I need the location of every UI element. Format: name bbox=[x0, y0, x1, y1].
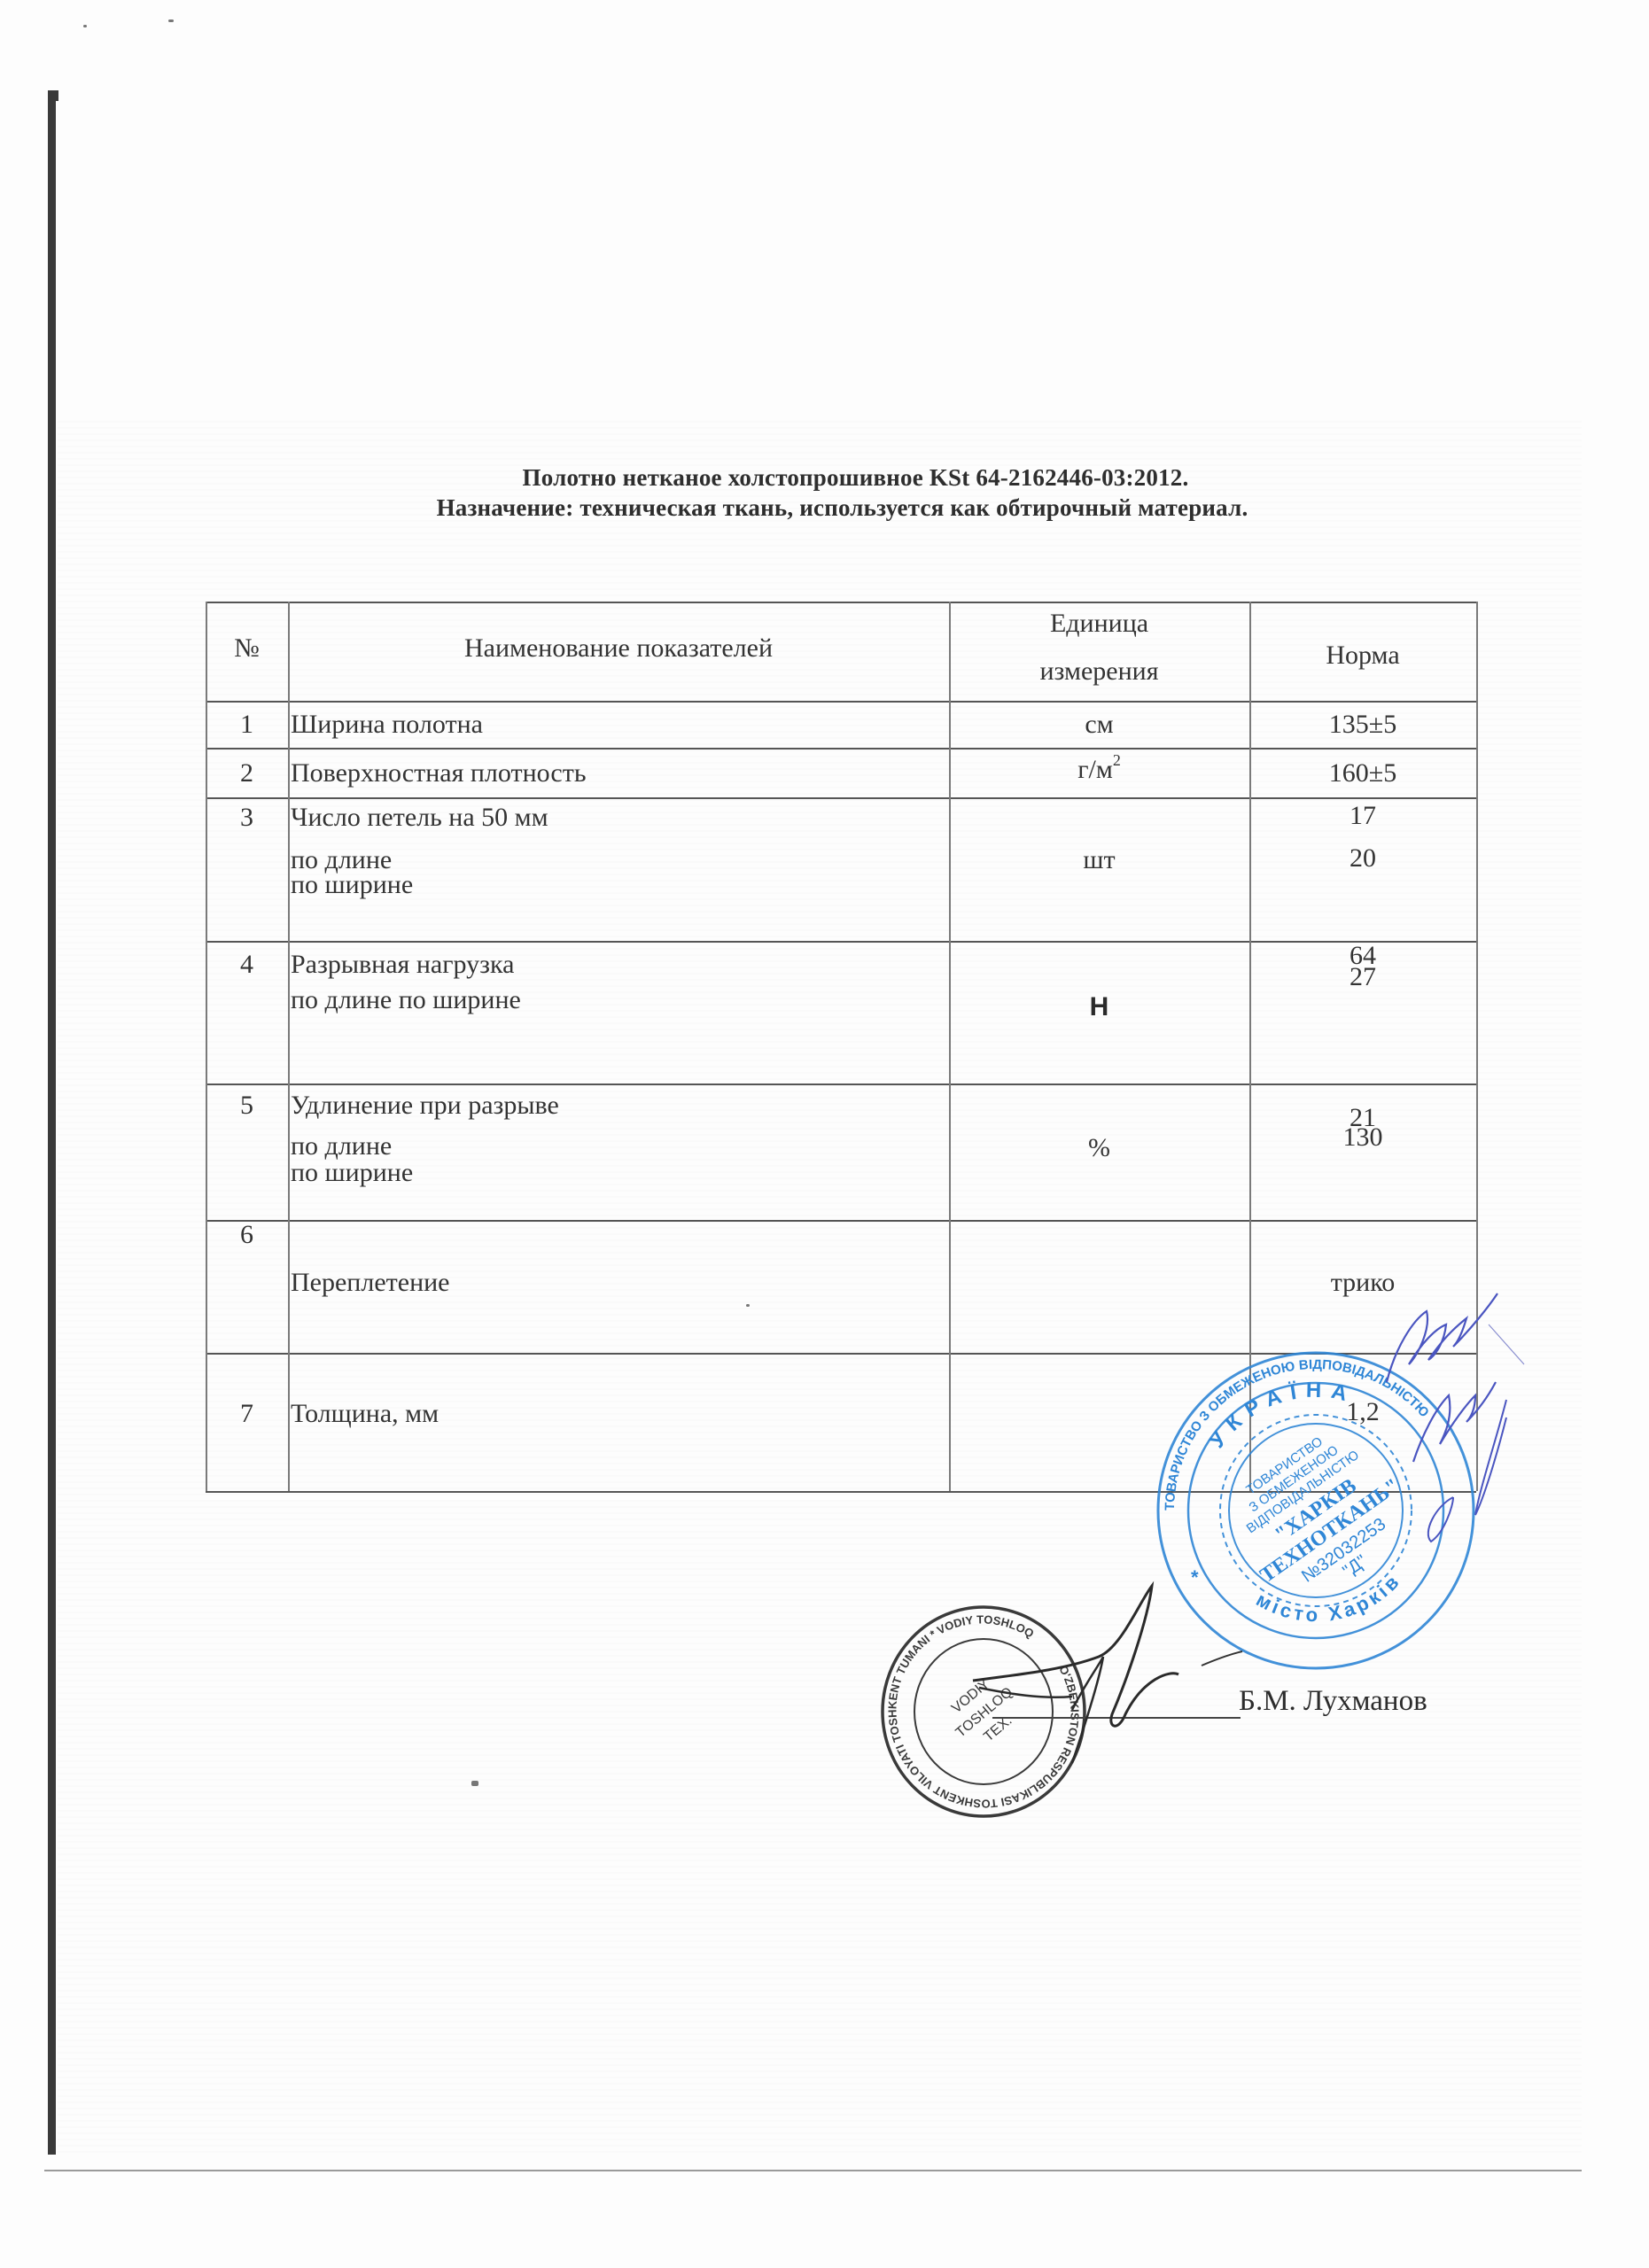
indicator-name: Число петель на 50 мм bbox=[291, 803, 946, 833]
scan-speck bbox=[83, 25, 87, 27]
table-row-border bbox=[206, 701, 1476, 703]
table-row-border bbox=[206, 602, 1476, 603]
scan-speck bbox=[168, 19, 174, 22]
scan-edge-bar-cap bbox=[48, 90, 58, 101]
document-purpose: Назначение: техническая ткань, используе… bbox=[0, 494, 1649, 522]
scan-bottom-line bbox=[44, 2170, 1582, 2171]
row-number: 2 bbox=[206, 758, 288, 788]
row-number: 3 bbox=[206, 803, 288, 833]
indicator-name: Толщина, мм bbox=[291, 1399, 946, 1429]
unit-of-measure: Н bbox=[949, 992, 1249, 1022]
row-number: 5 bbox=[206, 1091, 288, 1121]
norm-value: 20 bbox=[1249, 843, 1476, 874]
unit-base: г/м bbox=[1077, 755, 1113, 784]
norm-value: 135±5 bbox=[1249, 710, 1476, 740]
scan-edge-bar bbox=[48, 90, 56, 2155]
row-number: 4 bbox=[206, 950, 288, 980]
table-column-border bbox=[288, 602, 290, 1491]
signatory-name: Б.М. Лухманов bbox=[1239, 1685, 1427, 1718]
document-title: Полотно нетканое холстопрошивное KSt 64-… bbox=[0, 464, 1649, 492]
indicator-name: по длине bbox=[291, 1131, 946, 1161]
unit-of-measure: см bbox=[949, 710, 1249, 740]
svg-text:*: * bbox=[1191, 1566, 1199, 1588]
scan-speck bbox=[471, 1781, 478, 1786]
table-row-border bbox=[206, 1220, 1476, 1222]
header-number: № bbox=[206, 633, 288, 664]
indicator-name: по ширине bbox=[291, 870, 946, 900]
row-number: 1 bbox=[206, 710, 288, 740]
indicator-name: Ширина полотна bbox=[291, 710, 946, 740]
norm-value: трико bbox=[1249, 1268, 1476, 1298]
row-number: 6 bbox=[206, 1220, 288, 1250]
unit-of-measure: г/м2 bbox=[949, 755, 1249, 785]
signature-line bbox=[992, 1717, 1241, 1719]
header-norm: Норма bbox=[1249, 641, 1476, 671]
unit-of-measure: шт bbox=[949, 845, 1249, 875]
norm-value: 17 bbox=[1249, 801, 1476, 831]
header-unit-line-2: измерения bbox=[949, 656, 1249, 687]
norm-value: 160±5 bbox=[1249, 758, 1476, 788]
company-stamp-blue: ТОВАРИСТВО З ОБМЕЖЕНОЮ ВІДПОВІДАЛЬНІСТЮ … bbox=[1152, 1347, 1480, 1674]
indicator-name: Поверхностная плотность bbox=[291, 758, 946, 788]
unit-superscript: 2 bbox=[1113, 751, 1121, 769]
indicator-name: по длине по ширине bbox=[291, 985, 946, 1015]
norm-value: 27 bbox=[1249, 962, 1476, 992]
norm-value: 130 bbox=[1249, 1122, 1476, 1153]
header-unit-line-1: Единица bbox=[949, 609, 1249, 639]
indicator-name: Разрывная нагрузка bbox=[291, 950, 946, 980]
company-stamp-black: O'ZBEKISTON RESPUBLIKASI TOSHKENT VILOYA… bbox=[877, 1604, 1090, 1821]
indicator-name: Удлинение при разрыве bbox=[291, 1091, 946, 1121]
indicator-name: Переплетение bbox=[291, 1268, 946, 1298]
row-number: 7 bbox=[206, 1399, 288, 1429]
table-row-border bbox=[206, 748, 1476, 750]
indicator-name: по ширине bbox=[291, 1158, 946, 1188]
header-name: Наименование показателей bbox=[288, 633, 949, 664]
table-row-border bbox=[206, 1084, 1476, 1085]
unit-of-measure: % bbox=[949, 1133, 1249, 1163]
table-row-border bbox=[206, 797, 1476, 799]
